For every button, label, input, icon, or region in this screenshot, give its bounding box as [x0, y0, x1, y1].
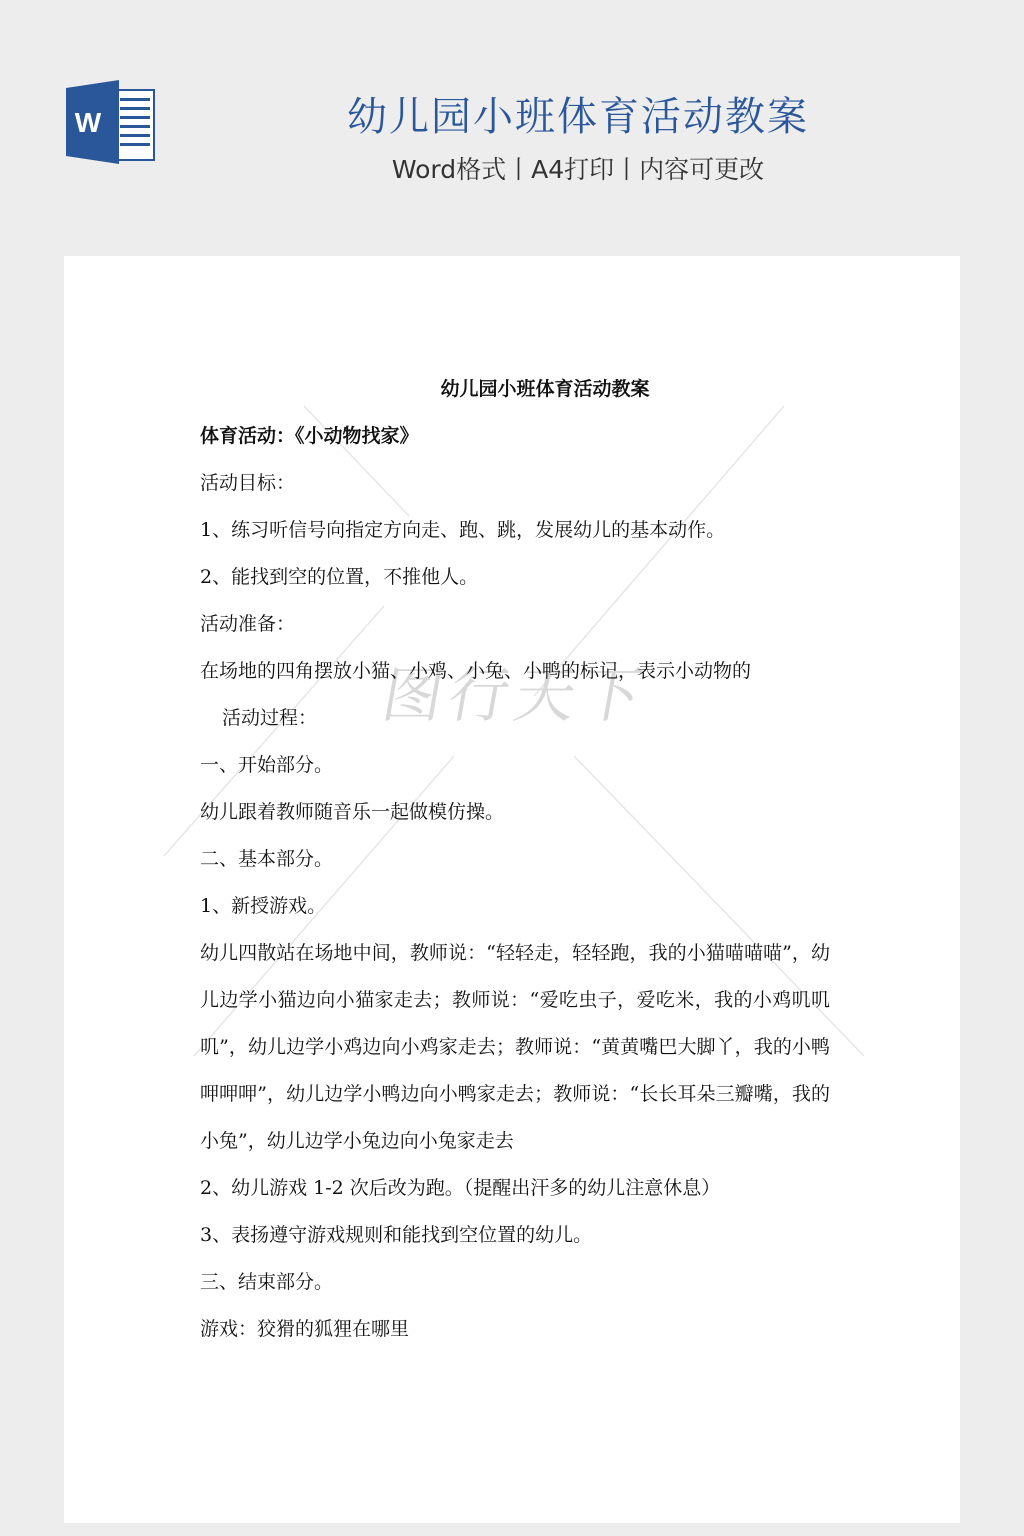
part-heading: 三、结束部分。	[200, 1259, 830, 1306]
section-heading: 活动准备：	[200, 601, 830, 648]
document-body: 幼儿园小班体育活动教案 体育活动：《小动物找家》 活动目标： 1、练习听信号向指…	[200, 366, 830, 1353]
step-item: 3、表扬遵守游戏规则和能找到空位置的幼儿。	[200, 1212, 830, 1259]
page-subtitle: Word格式丨A4打印丨内容可更改	[300, 152, 856, 188]
step-item: 1、新授游戏。	[200, 883, 830, 930]
document-page: 图行天下 幼儿园小班体育活动教案 体育活动：《小动物找家》 活动目标： 1、练习…	[64, 256, 960, 1523]
word-document-icon: W	[64, 80, 156, 164]
game-description: 幼儿四散站在场地中间，教师说：“轻轻走，轻轻跑，我的小猫喵喵喵”，幼儿边学小猫边…	[200, 930, 830, 1165]
goal-item: 2、能找到空的位置，不推他人。	[200, 554, 830, 601]
goal-item: 1、练习听信号向指定方向走、跑、跳，发展幼儿的基本动作。	[200, 507, 830, 554]
section-heading: 活动过程：	[200, 695, 830, 742]
body-text: 幼儿跟着教师随音乐一起做模仿操。	[200, 789, 830, 836]
step-item: 2、幼儿游戏 1-2 次后改为跑。（提醒出汗多的幼儿注意休息）	[200, 1165, 830, 1212]
body-text: 游戏：狡猾的狐狸在哪里	[200, 1306, 830, 1353]
part-heading: 二、基本部分。	[200, 836, 830, 883]
activity-name: 体育活动：《小动物找家》	[200, 413, 830, 460]
preparation-text: 在场地的四角摆放小猫、小鸡、小兔、小鸭的标记，表示小动物的	[200, 648, 830, 695]
svg-text:W: W	[75, 107, 102, 138]
header-banner: W 幼儿园小班体育活动教案 Word格式丨A4打印丨内容可更改	[0, 0, 1024, 256]
section-heading: 活动目标：	[200, 460, 830, 507]
part-heading: 一、开始部分。	[200, 742, 830, 789]
document-title: 幼儿园小班体育活动教案	[260, 366, 830, 413]
page-title: 幼儿园小班体育活动教案	[300, 92, 856, 142]
